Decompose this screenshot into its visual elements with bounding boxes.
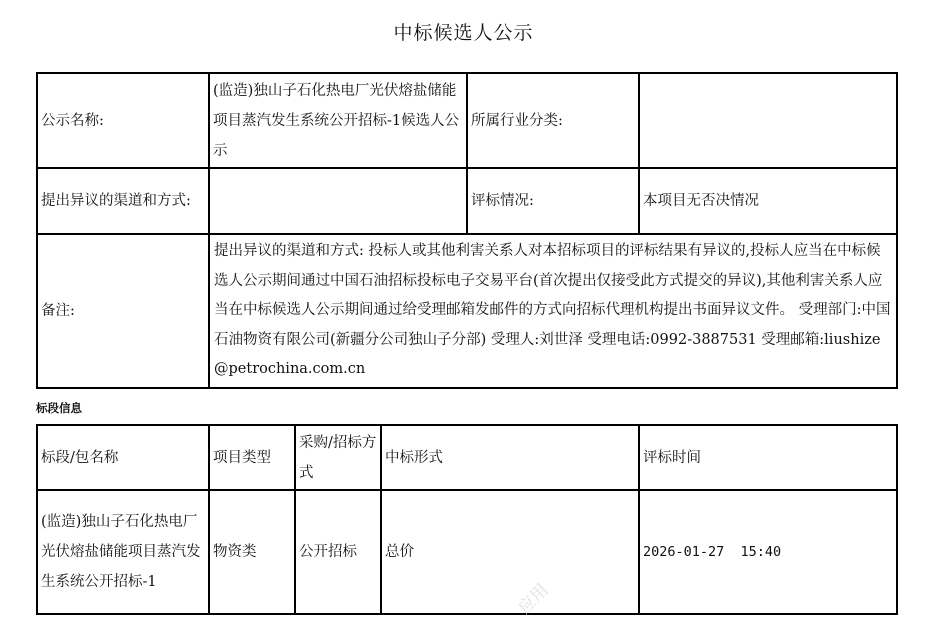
- header-award-form: 中标形式: [381, 425, 639, 490]
- table-row: (监造)独山子石化热电厂光伏熔盐储能项目蒸汽发生系统公开招标-1 物资类 公开招…: [37, 490, 897, 614]
- notice-name-label: 公示名称:: [37, 73, 209, 168]
- cell-section-name: (监造)独山子石化热电厂光伏熔盐储能项目蒸汽发生系统公开招标-1: [37, 490, 209, 614]
- table-header-row: 标段/包名称 项目类型 采购/招标方式 中标形式 评标时间: [37, 425, 897, 490]
- cell-procurement-method: 公开招标: [295, 490, 381, 614]
- section-table: 标段/包名称 项目类型 采购/招标方式 中标形式 评标时间 (监造)独山子石化热…: [36, 424, 898, 615]
- notice-table: 公示名称: (监造)独山子石化热电厂光伏熔盐储能项目蒸汽发生系统公开招标-1候选…: [36, 72, 898, 389]
- objection-label: 提出异议的渠道和方式:: [37, 168, 209, 234]
- evaluation-label: 评标情况:: [467, 168, 639, 234]
- objection-value: [209, 168, 467, 234]
- header-project-type: 项目类型: [209, 425, 295, 490]
- evaluation-value: 本项目无否决情况: [639, 168, 897, 234]
- notice-name-value: (监造)独山子石化热电厂光伏熔盐储能项目蒸汽发生系统公开招标-1候选人公示: [209, 73, 467, 168]
- header-evaluation-time: 评标时间: [639, 425, 897, 490]
- cell-project-type: 物资类: [209, 490, 295, 614]
- page-title: 中标候选人公示: [0, 18, 927, 45]
- industry-value: [639, 73, 897, 168]
- header-section-name: 标段/包名称: [37, 425, 209, 490]
- remark-label: 备注:: [37, 234, 209, 388]
- cell-evaluation-time: 2026-01-27 15:40: [639, 490, 897, 614]
- header-procurement-method: 采购/招标方式: [295, 425, 381, 490]
- industry-label: 所属行业分类:: [467, 73, 639, 168]
- section-label: 标段信息: [36, 400, 82, 416]
- remark-value: 提出异议的渠道和方式: 投标人或其他利害关系人对本招标项目的评标结果有异议的,投…: [209, 234, 897, 388]
- cell-award-form: 总价: [381, 490, 639, 614]
